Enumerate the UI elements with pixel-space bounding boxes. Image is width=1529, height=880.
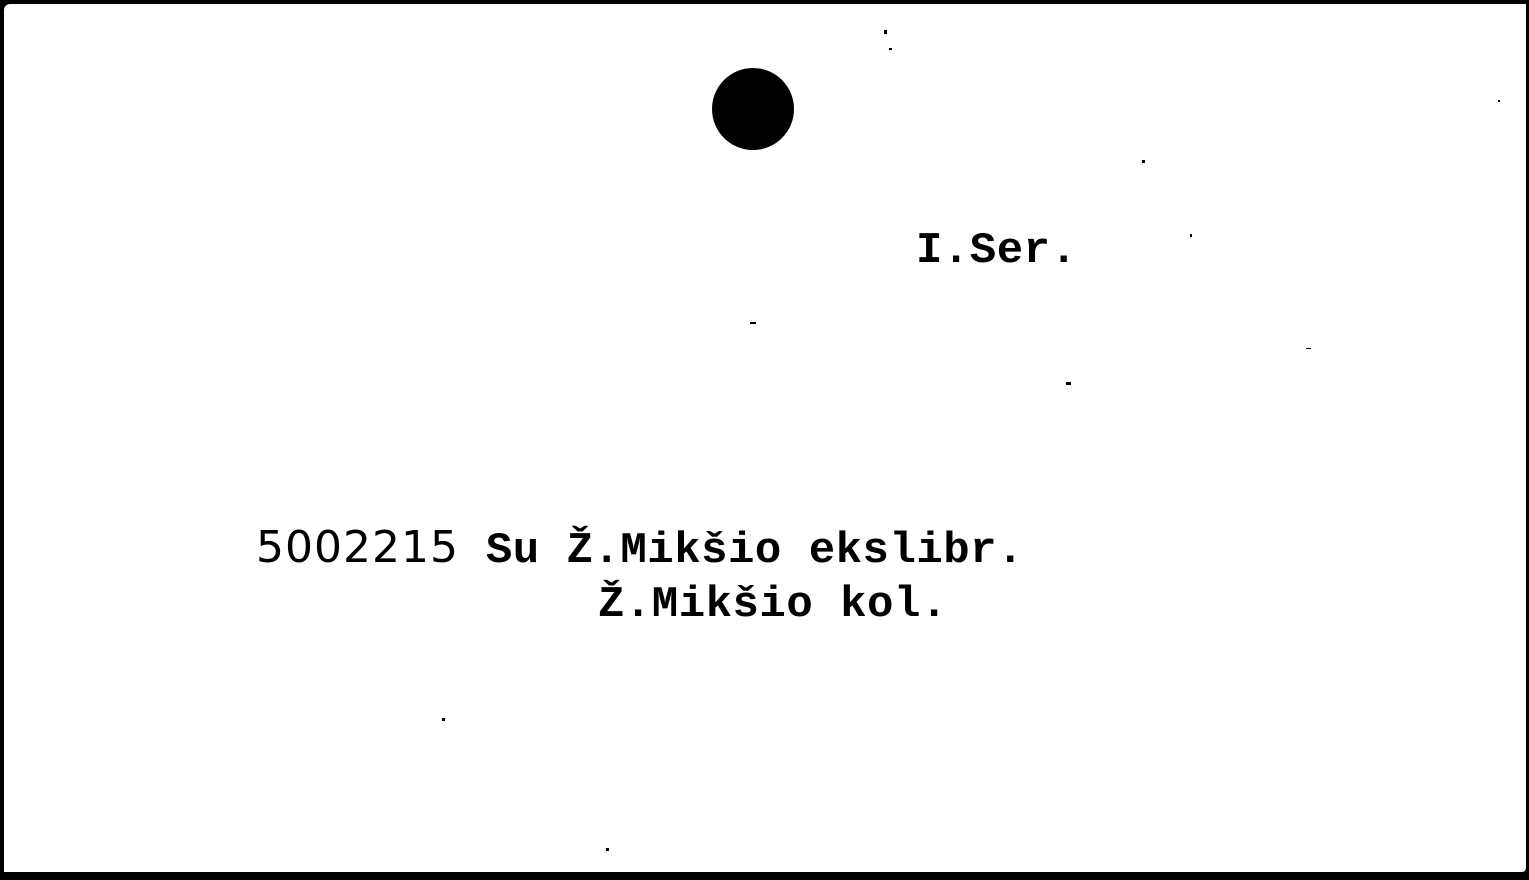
entry-text-1: Su Ž.Mikšio ekslibr.	[459, 526, 1024, 576]
speck	[606, 848, 609, 851]
speck	[750, 322, 756, 324]
entry-line-1: 5002215 Su Ž.Mikšio ekslibr.	[256, 522, 1024, 576]
speck	[1306, 348, 1311, 349]
record-number: 5002215	[256, 522, 459, 573]
speck	[1190, 234, 1192, 237]
speck	[1066, 382, 1071, 385]
catalog-card: I.Ser. 5002215 Su Ž.Mikšio ekslibr. Ž.Mi…	[4, 4, 1526, 872]
series-label: I.Ser.	[916, 226, 1077, 276]
speck	[884, 30, 887, 34]
speck	[1498, 100, 1500, 102]
speck	[1142, 160, 1145, 163]
punch-hole	[712, 68, 794, 150]
speck	[889, 48, 892, 50]
entry-line-2: Ž.Mikšio kol.	[598, 580, 948, 630]
speck	[442, 718, 445, 721]
